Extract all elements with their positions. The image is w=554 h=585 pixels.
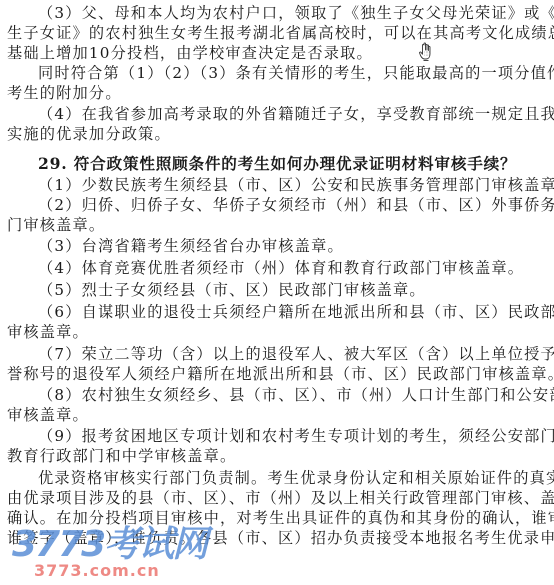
paragraph-line: 生子女证》的农村独生女考生报考湖北省属高校时，可以在其高考文化成绩总分 [7, 23, 547, 43]
list-item-line: （1）少数民族考生须经县（市、区）公安和民族事务管理部门审核盖章。 [38, 175, 547, 195]
list-item-line: （5）烈士子女须经县（市、区）民政部门审核盖章。 [38, 280, 547, 300]
watermark-logo: 3773考试网 3773.com.cn [12, 527, 206, 563]
paragraph-line: 优录资格审核实行部门负责制。考生优录身份认定和相关原始证件的真实性 [38, 468, 547, 488]
paragraph-line: 实施的优录加分政策。 [7, 124, 547, 144]
hand-pointer-icon [419, 42, 435, 62]
list-item-line: 审核盖章。 [7, 405, 547, 425]
section-title: 29. 符合政策性照顾条件的考生如何办理优录证明材料审核手续？ [38, 154, 547, 174]
list-item-line: 门审核盖章。 [7, 215, 547, 235]
paragraph-line: 同时符合第（1）（2）（3）条有关情形的考生，只能取最高的一项分值作为 [38, 63, 547, 83]
list-item-line: （8）农村独生女须经乡、县（市、区）、市（州）人口计生部门和公安部门 [38, 385, 547, 405]
list-item-line: （4）体育竞赛优胜者须经市（州）体育和教育行政部门审核盖章。 [38, 258, 547, 278]
list-item-line: 教育行政部门和中学审核盖章。 [7, 446, 547, 466]
list-item-line: 誉称号的退役军人须经户籍所在地派出所和县（市、区）民政部门审核盖章。 [7, 364, 547, 384]
paragraph-line: 考生的附加分。 [7, 83, 547, 103]
paragraph-line: 由优录项目涉及的县（市、区）、市（州）及以上相关行政管理部门审核、盖章 [7, 488, 547, 508]
paragraph-line: 基础上增加10分投档，由学校审查决定是否录取。 [7, 43, 547, 63]
list-item-line: （7）荣立二等功（含）以上的退役军人、被大军区（含）以上单位授予荣 [38, 344, 547, 364]
document-page: （3）父、母和本人均为农村户口，领取了《独生子女父母光荣证》或《独 生子女证》的… [0, 0, 554, 585]
list-item-line: （6）自谋职业的退役士兵须经户籍所在地派出所和县（市、区）民政部门 [38, 302, 547, 322]
list-item-line: （2）归侨、归侨子女、华侨子女须经市（州）和县（市、区）外事侨务部 [38, 195, 547, 215]
watermark-url: 3773.com.cn [34, 561, 160, 580]
paragraph-line: （3）父、母和本人均为农村户口，领取了《独生子女父母光荣证》或《独 [38, 3, 547, 23]
paragraph-line: （4）在我省参加高考录取的外省籍随迁子女，享受教育部统一规定且我省 [38, 104, 547, 124]
list-item-line: （9）报考贫困地区专项计划和农村考生专项计划的考生，须经公安部门、 [38, 426, 547, 446]
list-item-line: （3）台湾省籍考生须经省台办审核盖章。 [38, 236, 547, 256]
list-item-line: 审核盖章。 [7, 322, 547, 342]
watermark-brand: 3773考试网 [12, 527, 206, 563]
